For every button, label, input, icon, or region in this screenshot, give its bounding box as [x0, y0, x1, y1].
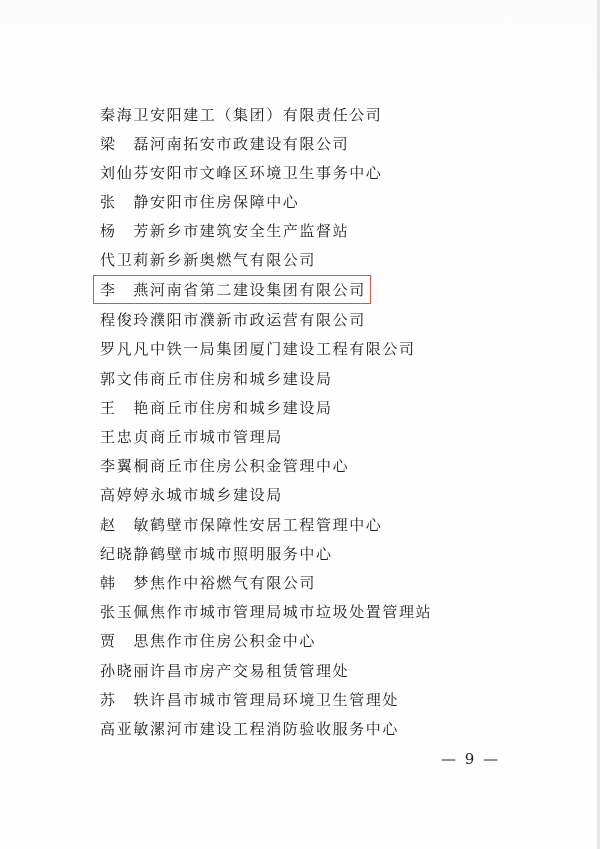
organization: 新乡新奥燃气有限公司: [150, 248, 316, 272]
organization: 焦作中裕燃气有限公司: [150, 571, 316, 595]
organization: 许昌市城市管理局环境卫生管理处: [150, 688, 399, 712]
page-number: — 9 —: [441, 750, 500, 768]
organization: 许昌市房产交易租赁管理处: [150, 659, 349, 683]
person-name: 高亚敏: [100, 717, 150, 741]
person-name: 李翼桐: [100, 454, 150, 478]
highlight-box: [93, 275, 371, 304]
person-name: 贾 思: [100, 629, 150, 653]
organization: 焦作市住房公积金中心: [150, 629, 316, 653]
document-page: 秦海卫 安阳建工（集团）有限责任公司 梁 磊 河南拓安市政建设有限公司 刘仙芬 …: [0, 0, 600, 849]
person-name: 韩 梦: [100, 571, 150, 595]
person-name: 张 静: [100, 190, 150, 214]
person-name: 秦海卫: [100, 103, 150, 127]
organization: 安阳建工（集团）有限责任公司: [150, 103, 382, 127]
organization: 安阳市文峰区环境卫生事务中心: [150, 161, 382, 185]
person-name: 王 艳: [100, 396, 150, 420]
person-name: 罗凡凡: [100, 337, 150, 361]
person-name: 赵 敏: [100, 513, 150, 537]
organization: 新乡市建筑安全生产监督站: [150, 219, 349, 243]
organization: 商丘市住房和城乡建设局: [150, 367, 333, 391]
organization: 鹤壁市城市照明服务中心: [150, 542, 333, 566]
person-name: 高婷婷: [100, 483, 150, 507]
organization: 商丘市住房公积金管理中心: [150, 454, 349, 478]
person-name: 张玉佩: [100, 600, 150, 624]
person-name: 纪晓静: [100, 542, 150, 566]
person-name: 苏 轶: [100, 688, 150, 712]
organization: 永城市城乡建设局: [150, 483, 283, 507]
person-name: 杨 芳: [100, 219, 150, 243]
organization: 商丘市住房和城乡建设局: [150, 396, 333, 420]
person-name: 孙晓丽: [100, 659, 150, 683]
organization: 商丘市城市管理局: [150, 425, 283, 449]
organization: 焦作市城市管理局城市垃圾处置管理站: [150, 600, 432, 624]
organization: 安阳市住房保障中心: [150, 190, 299, 214]
person-name: 王忠贞: [100, 425, 150, 449]
person-name: 郭文伟: [100, 367, 150, 391]
person-name: 代卫莉: [100, 248, 150, 272]
organization: 鹤壁市保障性安居工程管理中心: [150, 513, 382, 537]
organization: 中铁一局集团厦门建设工程有限公司: [150, 337, 416, 361]
person-name: 刘仙芬: [100, 161, 150, 185]
organization: 漯河市建设工程消防验收服务中心: [150, 717, 399, 741]
organization: 河南拓安市政建设有限公司: [150, 132, 349, 156]
person-name: 梁 磊: [100, 132, 150, 156]
organization: 濮阳市濮新市政运营有限公司: [150, 308, 366, 332]
person-name: 程俊玲: [100, 308, 150, 332]
